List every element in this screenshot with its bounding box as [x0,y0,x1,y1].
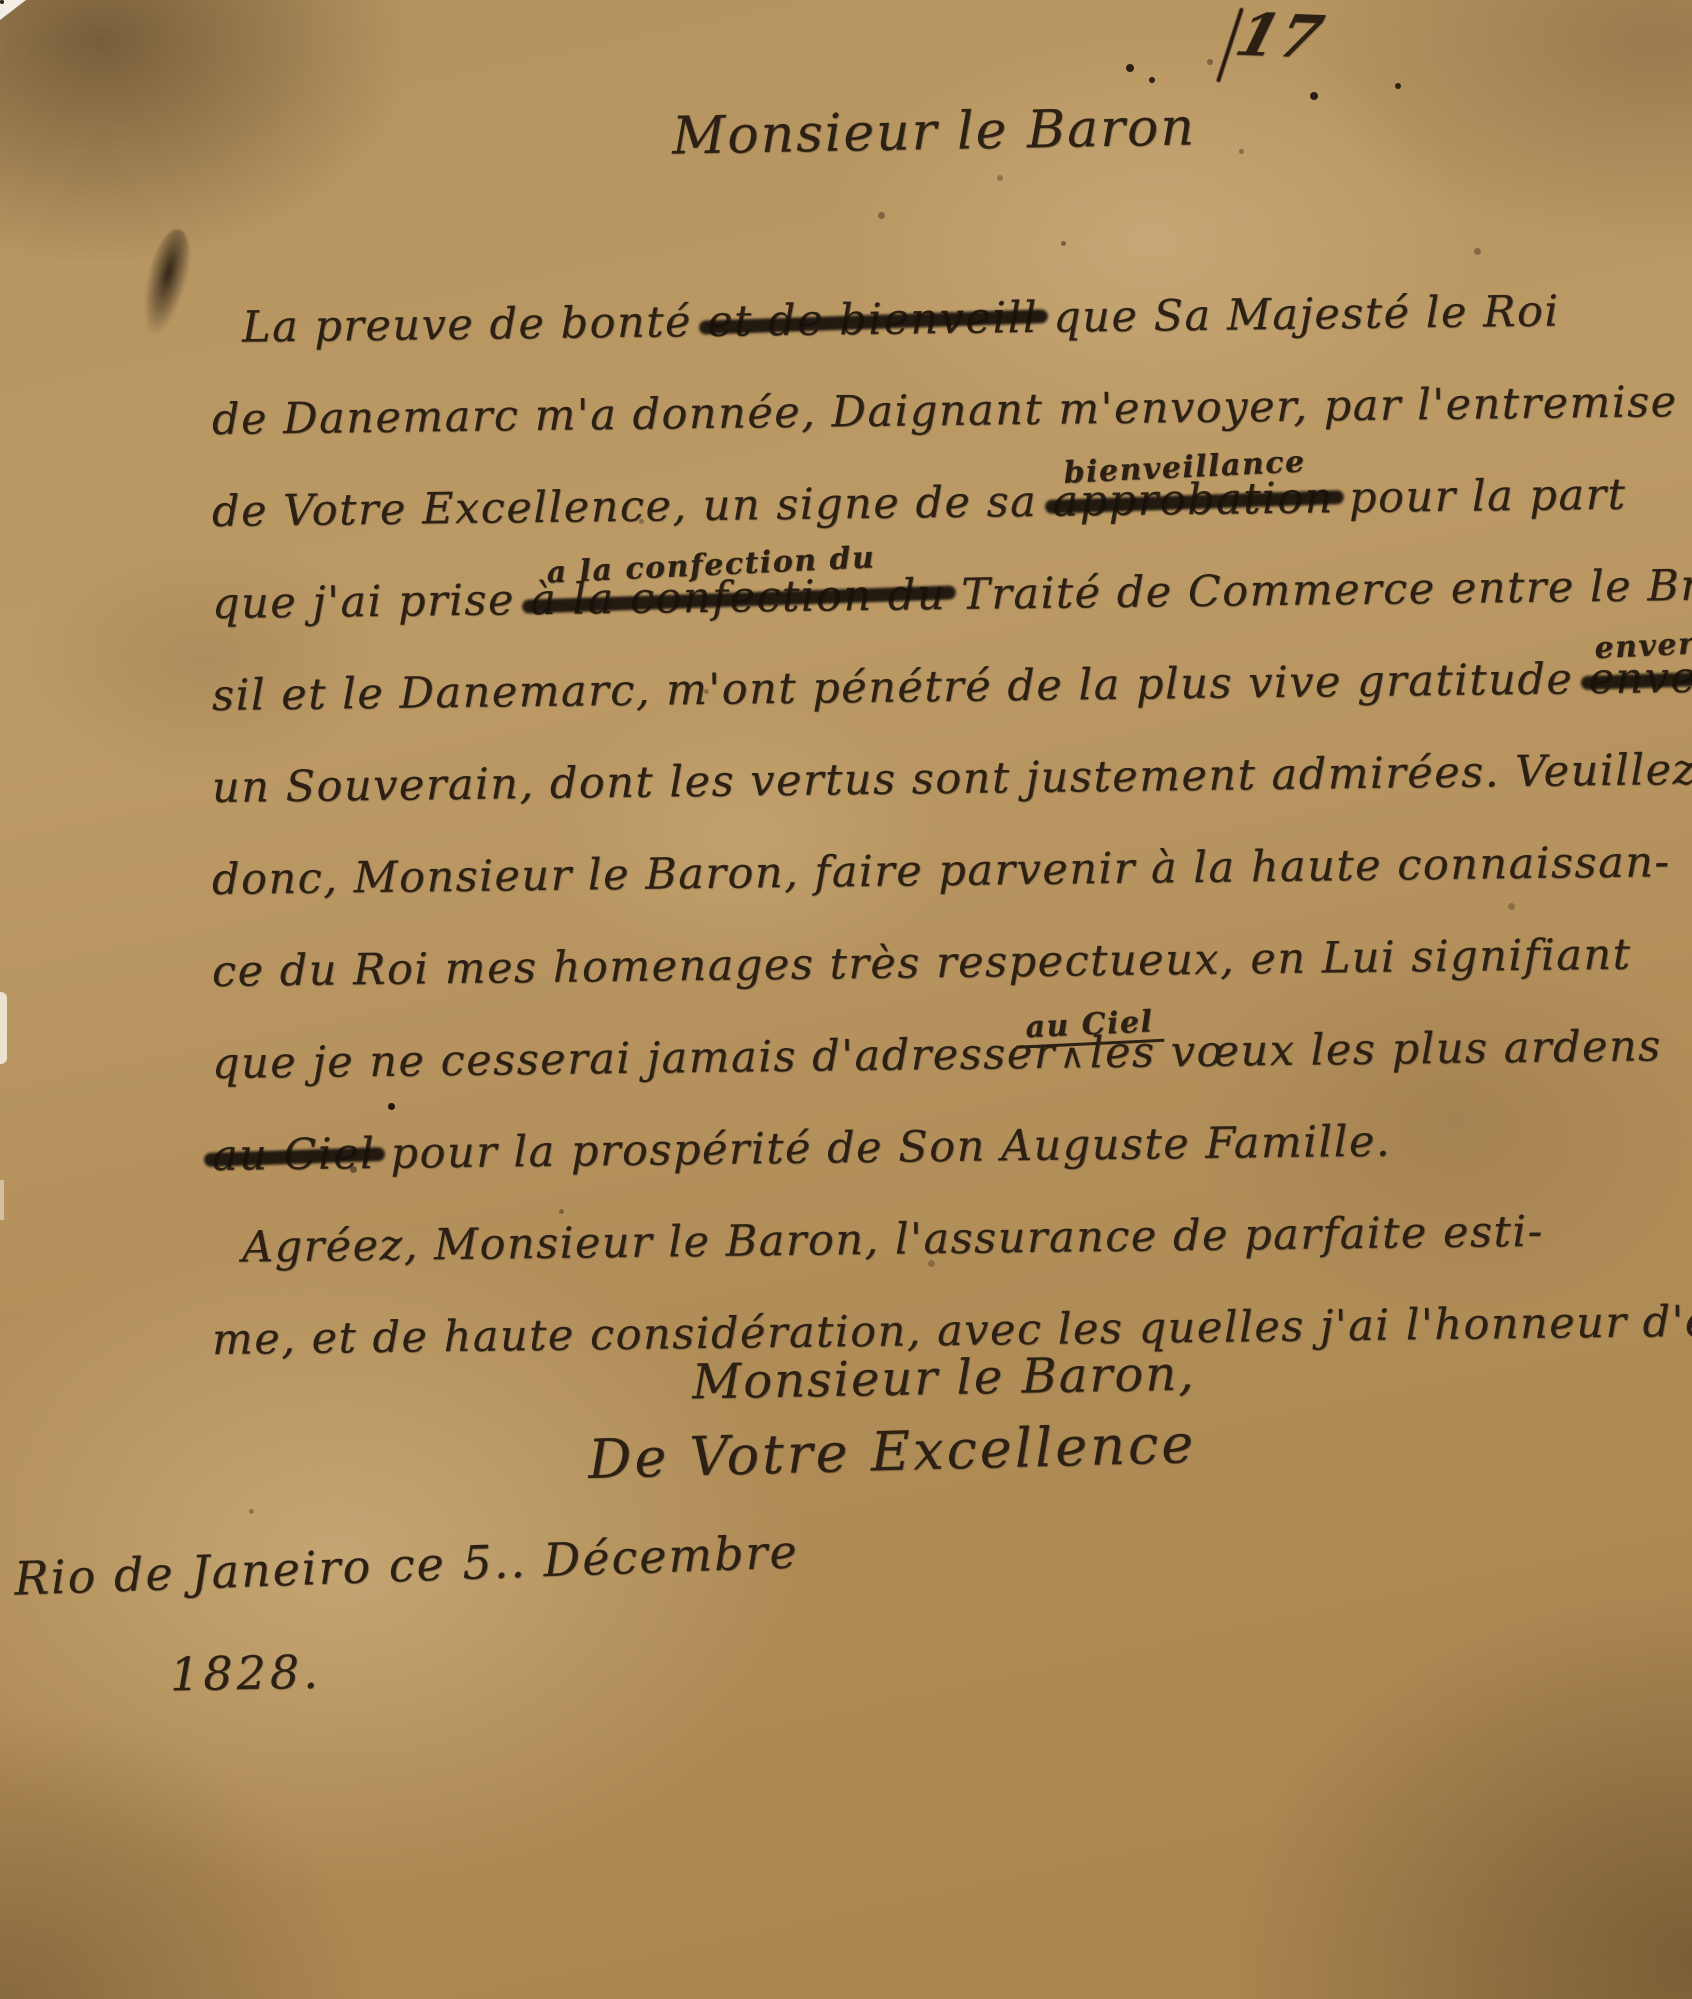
struck-text: approbationbienveillance [1052,452,1335,547]
scan-edge-corner [0,0,26,20]
body-line: de Danemarc m'a donnée, Daignant m'envoy… [211,356,1672,466]
interline-correction: bienveillance [1063,448,1306,489]
body-text: La preuve de bonté [242,297,708,353]
body-text: de Danemarc m'a donnée, Daignant m'envoy… [212,377,1678,445]
manuscript-letter-page: 17 Monsieur le Baron La preuve de bonté … [0,0,1692,1999]
body-text: donc, Monsieur le Baron, faire parvenir … [212,837,1671,905]
body-line: ce du Roi mes homenages très respectueux… [211,908,1672,1018]
scan-edge-sliver [0,992,7,1064]
body-line: sil et le Danemarc, m'ont pénétré de la … [211,632,1672,742]
body-text: Agréez, Monsieur le Baron, l'assurance d… [242,1207,1544,1273]
body-line: que je ne cesserai jamais d'adresser∧au … [211,1000,1672,1110]
closing-formula: De Votre Excellence [587,1412,1197,1491]
scan-edge-sliver-small [0,1180,4,1220]
folio-number: 17 [1229,1,1332,72]
insertion-caret: ∧au Ciel [1055,1010,1090,1102]
body-text: sil et le Danemarc, m'ont pénétré de la … [212,654,1589,721]
body-text: que je ne cesserai jamais d'adresser [212,1029,1056,1089]
interline-insertion: au Ciel [1015,1007,1164,1049]
body-line: de Votre Excellence, un signe de sa appr… [211,448,1672,558]
body-text: que j'ai prise [212,575,531,629]
body-text: pour la part [1334,470,1627,524]
body-text: ce du Roi mes homenages très respectueux… [212,930,1632,997]
body-line: La preuve de bonté et de bienveill que S… [211,264,1672,374]
body-text: pour la prospérité de Son Auguste Famill… [375,1117,1391,1179]
body-text: Traité de Commerce entre le Bré- [946,560,1692,620]
dateline-place: Rio de Janeiro ce 5.. Décembre [13,1524,799,1605]
body-line: que j'ai prise à la confection dua la co… [211,540,1672,650]
body-text: de Votre Excellence, un signe de sa [212,477,1053,537]
interline-correction: envers [1594,629,1692,665]
struck-text: au Ciel [211,1108,375,1202]
dateline-year: 1828. [170,1645,323,1702]
body-text: un Souverain, dont les vertus sont juste… [212,745,1692,813]
salutation: Monsieur le Baron [672,97,1197,166]
paper-specks [0,0,3,3]
body-line: un Souverain, dont les vertus sont juste… [211,724,1672,834]
struck-text: enversenvers [1588,631,1692,725]
struck-text: à la confection dua la confection du [529,549,946,646]
closing-address: Monsieur le Baron, [692,1346,1196,1411]
body-line: donc, Monsieur le Baron, faire parvenir … [211,816,1672,926]
body-line: Agréez, Monsieur le Baron, l'assurance d… [211,1184,1672,1294]
letter-body: La preuve de bonté et de bienveill que S… [212,282,1672,1386]
body-text: que Sa Majesté le Roi [1038,287,1560,343]
struck-text: et de bienveill [707,272,1039,368]
body-text: les vœux les plus ardens [1089,1021,1662,1078]
ink-smudge [133,225,198,341]
body-line: au Ciel pour la prospérité de Son August… [211,1092,1672,1202]
